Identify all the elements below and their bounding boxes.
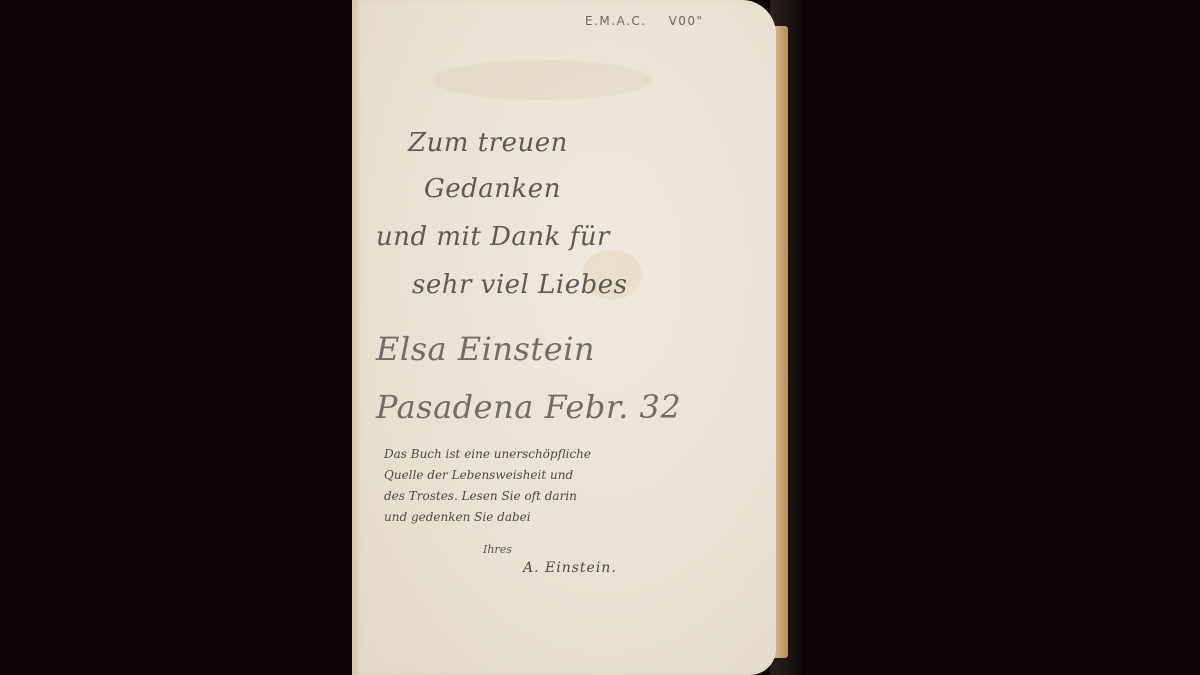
- dedication-line-1: Zum treuen: [408, 128, 568, 158]
- dedication-place-date: Pasadena Febr. 32: [376, 388, 681, 426]
- catalog-mark: E.M.A.C.V00": [585, 14, 704, 28]
- catalog-code: E.M.A.C.: [585, 14, 647, 28]
- note-line-2: Quelle der Lebensweisheit und: [384, 465, 591, 486]
- catalog-number: V00": [669, 14, 704, 28]
- dedication-line-3: und mit Dank für: [376, 222, 610, 252]
- note-line-3: des Trostes. Lesen Sie oft darin: [384, 486, 591, 507]
- inscription-note: Das Buch ist eine unerschöpfliche Quelle…: [384, 444, 591, 528]
- note-signature: A. Einstein.: [523, 560, 617, 576]
- dedication-line-4: sehr viel Liebes: [412, 270, 627, 300]
- dedication-line-2: Gedanken: [424, 174, 561, 204]
- note-closing: Ihres: [483, 543, 512, 556]
- page-block-edge: [774, 26, 788, 658]
- faded-print-stain: [432, 60, 652, 100]
- dedication-signature: Elsa Einstein: [376, 330, 595, 368]
- note-line-1: Das Buch ist eine unerschöpfliche: [384, 444, 591, 465]
- photo-stage: E.M.A.C.V00" Zum treuen Gedanken und mit…: [0, 0, 1200, 675]
- note-line-4: und gedenken Sie dabei: [384, 507, 591, 528]
